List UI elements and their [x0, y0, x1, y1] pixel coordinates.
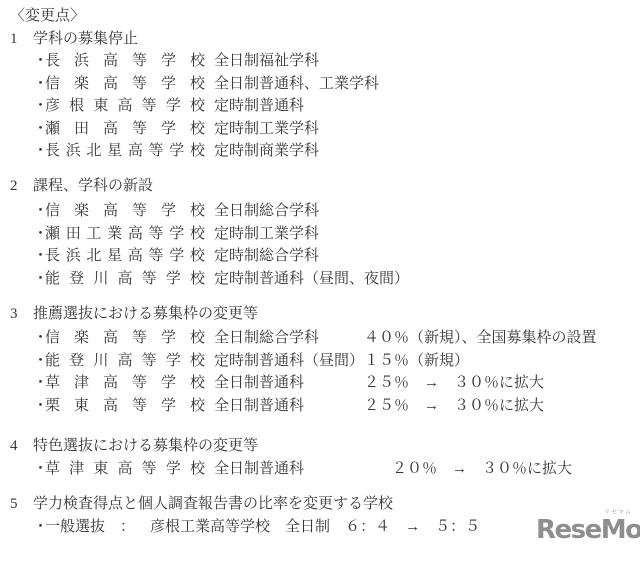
bullet-icon: ・ — [33, 73, 45, 95]
change-detail: ４０％（新規）、全国募集枠の設置 — [364, 327, 597, 349]
bullet-icon: ・ — [33, 245, 45, 267]
school-row: ・ 草津東高等学校 全日制普通科 ２０％ → ３０％に拡大 — [33, 458, 640, 480]
section-number: 3 — [10, 303, 33, 325]
school-name: 信楽高等学校 — [45, 200, 205, 222]
bullet-icon: ・ — [33, 350, 45, 372]
section-number: 1 — [10, 28, 33, 50]
school-name: 長浜高等学校 — [45, 50, 205, 72]
section-3-heading: 3 推薦選抜における募集枠の変更等 — [10, 303, 258, 325]
school-name: 能登川高等学校 — [45, 350, 205, 372]
section-heading-text: 学科の募集停止 — [33, 28, 138, 50]
school-name: 瀬田高等学校 — [45, 118, 205, 140]
school-name: 彦根東高等学校 — [45, 95, 205, 117]
bullet-icon: ・ — [33, 395, 45, 417]
bullet-icon: ・ — [33, 458, 45, 480]
department: 全日制普通科、工業学科 — [214, 73, 379, 95]
bullet-icon: ・ — [33, 268, 45, 290]
school-name: 彦根工業高等学校 — [150, 516, 270, 538]
section-4-heading: 4 特色選抜における募集枠の変更等 — [10, 435, 258, 457]
school-row: ・ 信楽高等学校 全日制総合学科 ４０％（新規）、全国募集枠の設置 — [33, 327, 640, 349]
document-page: 〈変更点〉 1 学科の募集停止 ・ 長浜高等学校 全日制福祉学科 ・ 信楽高等学… — [0, 0, 640, 561]
ratio-before: ６：４ — [345, 516, 390, 538]
school-name: 能登川高等学校 — [45, 268, 205, 290]
section-number: 2 — [10, 175, 33, 197]
department: 定時制普通科（昼間、夜間） — [214, 268, 409, 290]
document-title: 〈変更点〉 — [10, 5, 85, 27]
department: 定時制工業学科 — [214, 118, 319, 140]
section-number: 4 — [10, 435, 33, 457]
bullet-icon: ・ — [33, 200, 45, 222]
school-row: ・ 信楽高等学校 全日制総合学科 — [33, 200, 640, 222]
department: 全日制普通科 — [214, 395, 304, 417]
change-detail: ２０％ → ３０％に拡大 — [392, 458, 572, 480]
school-name: 栗東高等学校 — [45, 395, 205, 417]
school-name: 草津高等学校 — [45, 372, 205, 394]
section-heading-text: 推薦選抜における募集枠の変更等 — [33, 303, 258, 325]
department: 全日制総合学科 — [214, 200, 319, 222]
change-detail: １５％（新規） — [364, 350, 469, 372]
selection-type-label: 一般選抜 — [45, 516, 105, 538]
department: 定時制総合学科 — [214, 245, 319, 267]
section-5-heading: 5 学力検査得点と個人調査報告書の比率を変更する学校 — [10, 493, 393, 515]
department: 定時制普通科 — [214, 95, 304, 117]
school-name: 長浜北星高等学校 — [45, 140, 205, 162]
course-type: 全日制 — [285, 516, 330, 538]
school-row: ・ 彦根東高等学校 定時制普通科 — [33, 95, 640, 117]
bullet-icon: ・ — [33, 327, 45, 349]
bullet-icon: ・ — [33, 372, 45, 394]
school-name: 長浜北星高等学校 — [45, 245, 205, 267]
department: 全日制総合学科 — [214, 327, 319, 349]
school-row: ・ 能登川高等学校 定時制普通科（昼間） １５％（新規） — [33, 350, 640, 372]
school-row: ・ 長浜北星高等学校 定時制商業学科 — [33, 140, 640, 162]
school-row: ・ 長浜高等学校 全日制福祉学科 — [33, 50, 640, 72]
change-detail: ２５％ → ３０％に拡大 — [364, 372, 544, 394]
school-row: ・ 瀬田高等学校 定時制工業学科 — [33, 118, 640, 140]
school-row: ・ 長浜北星高等学校 定時制総合学科 — [33, 245, 640, 267]
section-2-heading: 2 課程、学科の新設 — [10, 175, 153, 197]
change-detail: ２５％ → ３０％に拡大 — [364, 395, 544, 417]
department: 定時制商業学科 — [214, 140, 319, 162]
section-heading-text: 課程、学科の新設 — [33, 175, 153, 197]
bullet-icon: ・ — [33, 95, 45, 117]
school-name: 草津東高等学校 — [45, 458, 205, 480]
section-1-heading: 1 学科の募集停止 — [10, 28, 138, 50]
section-heading-text: 特色選抜における募集枠の変更等 — [33, 435, 258, 457]
arrow-icon: → — [405, 516, 420, 538]
bullet-icon: ・ — [33, 140, 45, 162]
school-row: ・ 草津高等学校 全日制普通科 ２５％ → ３０％に拡大 — [33, 372, 640, 394]
bullet-icon: ・ — [33, 516, 45, 538]
school-name: 瀬田工業高等学校 — [45, 223, 205, 245]
general-selection-row: ・ 一般選抜 ： 彦根工業高等学校 全日制 ６：４ → ５：５ — [33, 516, 480, 538]
department: 定時制普通科（昼間） — [214, 350, 364, 372]
bullet-icon: ・ — [33, 50, 45, 72]
school-name: 信楽高等学校 — [45, 327, 205, 349]
bullet-icon: ・ — [33, 223, 45, 245]
resemom-watermark-logo: リセマム ReseMom. — [536, 509, 640, 559]
department: 定時制工業学科 — [214, 223, 319, 245]
watermark-logo-text: ReseMom. — [536, 515, 640, 545]
separator-colon: ： — [120, 516, 135, 538]
department: 全日制普通科 — [214, 458, 304, 480]
school-row: ・ 瀬田工業高等学校 定時制工業学科 — [33, 223, 640, 245]
ratio-after: ５：５ — [435, 516, 480, 538]
department: 全日制福祉学科 — [214, 50, 319, 72]
section-number: 5 — [10, 493, 33, 515]
school-row: ・ 栗東高等学校 全日制普通科 ２５％ → ３０％に拡大 — [33, 395, 640, 417]
department: 全日制普通科 — [214, 372, 304, 394]
school-name: 信楽高等学校 — [45, 73, 205, 95]
bullet-icon: ・ — [33, 118, 45, 140]
school-row: ・ 能登川高等学校 定時制普通科（昼間、夜間） — [33, 268, 640, 290]
section-heading-text: 学力検査得点と個人調査報告書の比率を変更する学校 — [33, 493, 393, 515]
school-row: ・ 信楽高等学校 全日制普通科、工業学科 — [33, 73, 640, 95]
